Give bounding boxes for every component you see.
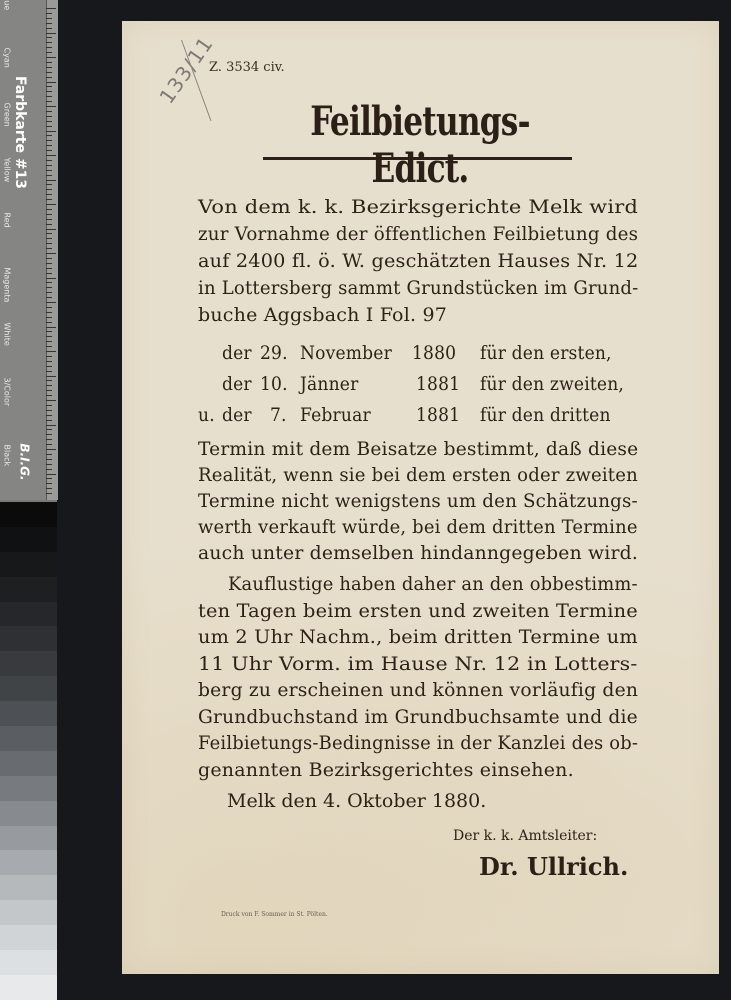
ruler-tick [46,415,52,416]
text-line: Realität, wenn sie bei dem ersten oder z… [198,462,638,489]
ruler-tick [46,101,52,102]
text-line: zur Vornahme der öffentlichen Feilbietun… [198,221,638,248]
text-line: in Lottersberg sammt Grundstücken im Gru… [198,275,638,302]
ruler-tick [46,126,52,127]
color-label: White [3,323,12,383]
ruler-tick [46,278,56,279]
title-underline [263,157,572,160]
ruler-tick [46,385,52,386]
ruler-tick [46,224,52,225]
ruler-tick [46,390,52,391]
ruler-tick [46,33,56,34]
ruler-tick [46,160,52,161]
ruler-tick [46,140,52,141]
gray-patch [0,850,57,875]
ruler-tick [46,483,52,484]
ruler-tick [46,464,52,465]
ruler-tick [46,302,56,303]
date-day: 7. [270,402,287,429]
ruler-tick [46,380,52,381]
gray-patch [0,626,57,651]
ruler-tick [46,47,52,48]
color-label: Blue [3,0,12,53]
ruler-tick [46,469,52,470]
color-label-column: Blue Cyan Green Yellow Red Magenta White… [0,0,13,500]
ruler-tick [46,322,52,323]
ruler-tick [46,219,52,220]
ruler-tick [46,425,56,426]
ruler-tick [46,229,56,230]
card-title: Farbkarte #13 [5,78,35,208]
ruler-tick [46,72,52,73]
ruler-tick [46,449,56,450]
ruler-tick [46,62,52,63]
date-article: der [222,402,252,429]
text-line: um 2 Uhr Nachm., beim dritten Termine um [198,624,638,651]
text-line: genannten Bezirksgerichtes einsehen. [198,757,574,784]
ruler-tick [46,23,52,24]
gray-patch [0,776,57,801]
ruler-tick [46,18,52,19]
ruler-tick [46,165,52,166]
place-and-date: Melk den 4. Oktober 1880. [227,790,486,812]
signature-name: Dr. Ullrich. [479,852,628,881]
ruler-tick [46,282,52,283]
ruler-tick [46,439,52,440]
card-title-text: Farbkarte #13 [12,76,28,206]
ruler-tick [46,351,56,352]
ruler-tick [46,8,56,9]
date-suffix: für den dritten [480,402,611,429]
gray-patch [0,925,57,950]
gray-patch [0,801,57,826]
ruler-tick [46,361,52,362]
ruler-tick [46,209,52,210]
ruler-tick [46,434,52,435]
ruler-tick [46,175,52,176]
ruler-tick [46,292,52,293]
text-line: ten Tagen beim ersten und zweiten Termin… [198,598,638,625]
ruler-tick [46,67,52,68]
gray-patch [0,602,57,627]
color-label: 3/Color [3,378,12,438]
text-line: Kauflustige haben daher an den obbestimm… [228,571,638,598]
gray-patch [0,875,57,900]
printer-imprint: Druck von F. Sommer in St. Pölten. [221,911,328,918]
ruler-tick [46,96,52,97]
color-calibration-card: Blue Cyan Green Yellow Red Magenta White… [0,0,57,1000]
ruler-tick [46,405,52,406]
gray-patch [0,527,57,552]
ruler-tick [46,91,52,92]
ruler-tick [46,366,52,367]
ruler-tick [46,199,52,200]
gray-patch [0,577,57,602]
document-title: Feilbietungs-Edict. [295,98,545,192]
date-month: Jänner [300,371,358,398]
text-line: Grundbuchstand im Grundbuchsamte und die [198,704,638,731]
ruler-tick [46,346,52,347]
text-line: Von dem k. k. Bezirksgerichte Melk wird [198,194,638,221]
ruler-tick [46,287,52,288]
date-month: Februar [300,402,371,429]
ruler-tick [46,297,52,298]
ruler-tick [46,106,56,107]
text-line: buche Aggsbach I Fol. 97 [198,302,447,329]
ruler-tick [46,410,52,411]
handwritten-note: 133/11 [148,40,208,115]
ruler-tick [46,474,56,475]
ruler-tick [46,327,56,328]
ruler-tick [46,488,52,489]
ruler-tick [46,42,52,43]
ruler-tick [46,189,52,190]
ruler-tick [46,57,56,58]
gray-patch [0,552,57,577]
ruler-tick [46,37,52,38]
ruler-tick [46,459,52,460]
ruler-tick [46,111,52,112]
ruler-tick [46,317,52,318]
ruler-tick [46,180,56,181]
ruler-tick [46,155,56,156]
ruler-tick [46,273,52,274]
text-line: Termine nicht wenigstens um den Schätzun… [198,488,638,515]
date-year: 1880 [412,340,456,367]
gray-patch [0,975,57,1000]
ruler-tick [46,77,52,78]
gray-patch [0,676,57,701]
ruler-tick [46,248,52,249]
ruler-tick [46,493,52,494]
gray-scale-patches [0,502,57,1000]
ruler-tick [46,263,52,264]
text-line: werth verkauft würde, bei dem dritten Te… [198,514,638,541]
date-day: 10. [260,371,288,398]
ruler-tick [46,312,52,313]
ruler-tick [46,135,52,136]
ruler-tick [46,243,52,244]
gray-patch [0,826,57,851]
date-article: der [222,371,252,398]
date-article: der [222,340,252,367]
ruler-tick [46,82,56,83]
ruler-tick [46,116,52,117]
ruler-tick [46,444,52,445]
gray-patch [0,950,57,975]
color-label: Magenta [3,268,12,328]
ruler-tick [46,395,52,396]
date-suffix: für den zweiten, [480,371,624,398]
text-line: Feilbietungs-Bedingnisse in der Kanzlei … [198,730,638,757]
ruler-tick [46,214,52,215]
date-month: November [300,340,392,367]
text-line: auch unter demselben hindanngegeben wird… [198,540,638,567]
ruler-tick [46,233,52,234]
date-year: 1881 [416,371,460,398]
ruler-tick [46,307,52,308]
text-line: 11 Uhr Vorm. im Hause Nr. 12 in Lotters- [198,651,638,678]
date-suffix: für den ersten, [480,340,612,367]
gray-patch [0,502,57,527]
reference-number: Z. 3534 civ. [209,60,285,75]
ruler-tick [46,331,52,332]
ruler-tick [46,400,56,401]
date-year: 1881 [416,402,460,429]
ruler-tick [46,371,52,372]
ruler-tick [46,204,56,205]
gray-patch [0,701,57,726]
ruler-tick [46,376,56,377]
ruler-tick [46,28,52,29]
ruler-tick [46,121,52,122]
signature-role: Der k. k. Amtsleiter: [453,828,597,844]
date-day: 29. [260,340,288,367]
text-line: Termin mit dem Beisatze bestimmt, daß di… [198,436,638,463]
ruler-tick [46,478,52,479]
ruler-tick [46,194,52,195]
card-brand: B.I.G. [18,443,32,480]
ruler-tick [46,420,52,421]
text-line: auf 2400 fl. ö. W. geschätzten Hauses Nr… [198,248,638,275]
ruler-tick [46,356,52,357]
gray-patch [0,751,57,776]
ruler-tick [46,150,52,151]
color-label: Black [3,445,12,505]
ruler-tick [46,131,56,132]
color-label: Red [3,213,12,273]
ruler-tick [46,170,52,171]
ruler-tick [46,336,52,337]
gray-patch [0,651,57,676]
gray-patch [0,726,57,751]
ruler-tick [46,52,52,53]
ruler-tick [46,184,52,185]
ruler-tick [46,341,52,342]
ruler-tick [46,258,52,259]
ruler-tick [46,454,52,455]
date-prefix: u. [198,402,215,429]
ruler-tick [46,145,52,146]
ruler-tick [46,253,56,254]
ruler-tick [46,268,52,269]
ruler-tick [46,86,52,87]
text-line: berg zu erscheinen und können vorläufig … [198,677,638,704]
ruler-tick [46,429,52,430]
ruler-tick [46,13,52,14]
ruler-tick [46,238,52,239]
gray-patch [0,900,57,925]
